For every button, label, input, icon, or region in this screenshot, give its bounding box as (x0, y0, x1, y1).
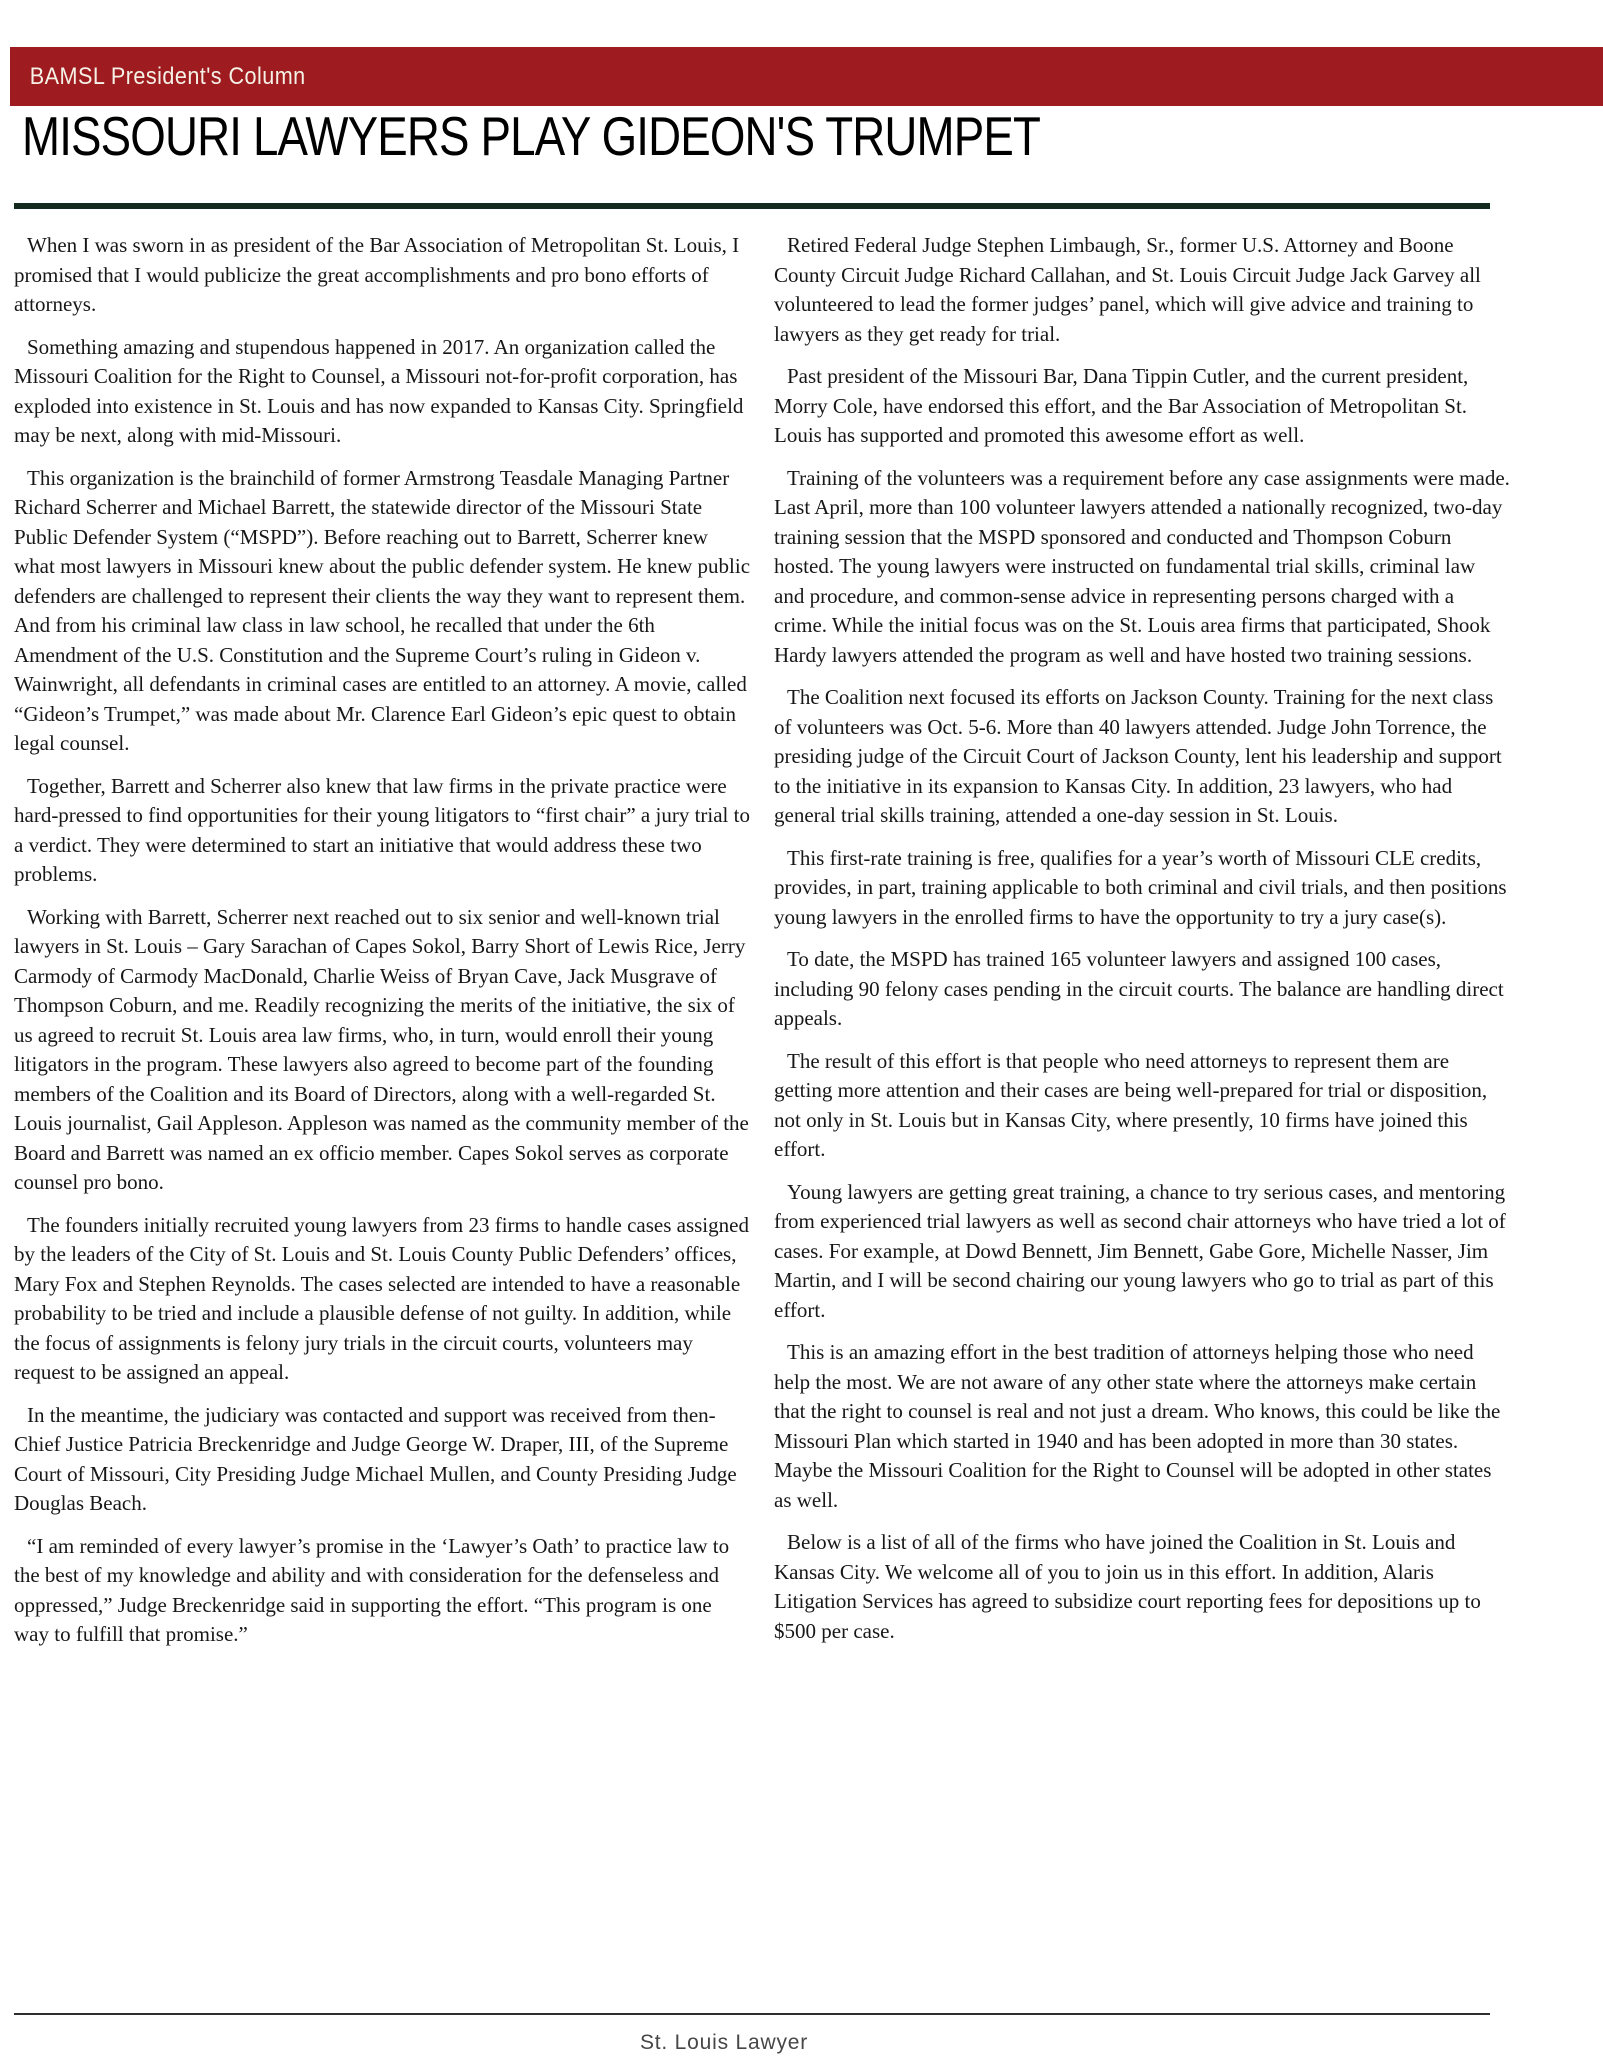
paragraph: This is an amazing effort in the best tr… (774, 1338, 1510, 1515)
right-column: Retired Federal Judge Stephen Limbaugh, … (774, 231, 1510, 1663)
article-body: When I was sworn in as president of the … (14, 231, 1510, 1663)
paragraph: Something amazing and stupendous happene… (14, 333, 750, 451)
page-title: MISSOURI LAWYERS PLAY GIDEON'S TRUMPET (22, 108, 1040, 166)
footer-divider (14, 2013, 1490, 2015)
paragraph: This first-rate training is free, qualif… (774, 844, 1510, 933)
paragraph: This organization is the brainchild of f… (14, 464, 750, 759)
paragraph: The result of this effort is that people… (774, 1047, 1510, 1165)
paragraph: The founders initially recruited young l… (14, 1211, 750, 1388)
section-banner: BAMSL President's Column (10, 47, 1603, 106)
paragraph: Working with Barrett, Scherrer next reac… (14, 903, 750, 1198)
paragraph: The Coalition next focused its efforts o… (774, 683, 1510, 831)
paragraph: Training of the volunteers was a require… (774, 464, 1510, 671)
paragraph: Below is a list of all of the firms who … (774, 1528, 1510, 1646)
banner-label: BAMSL President's Column (10, 63, 306, 91)
paragraph: Past president of the Missouri Bar, Dana… (774, 362, 1510, 451)
paragraph: “I am reminded of every lawyer’s promise… (14, 1532, 750, 1650)
paragraph: To date, the MSPD has trained 165 volunt… (774, 945, 1510, 1034)
paragraph: In the meantime, the judiciary was conta… (14, 1401, 750, 1519)
paragraph: Young lawyers are getting great training… (774, 1178, 1510, 1326)
paragraph: When I was sworn in as president of the … (14, 231, 750, 320)
paragraph: Together, Barrett and Scherrer also knew… (14, 772, 750, 890)
headline-divider (14, 203, 1490, 209)
paragraph: Retired Federal Judge Stephen Limbaugh, … (774, 231, 1510, 349)
article-page: BAMSL President's Column MISSOURI LAWYER… (0, 0, 1603, 2064)
footer-publication-name: St. Louis Lawyer (14, 2031, 1434, 2055)
left-column: When I was sworn in as president of the … (14, 231, 750, 1663)
